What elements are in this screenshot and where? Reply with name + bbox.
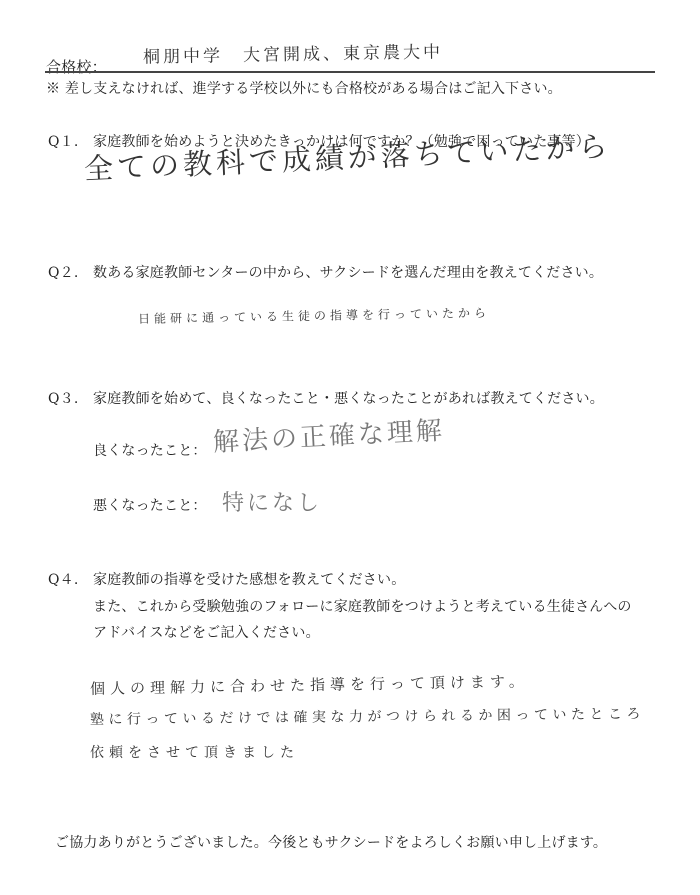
question-1-number: Q１. (48, 131, 79, 151)
question-2-number: Q２. (48, 262, 79, 282)
question-2-handwritten-answer: 日能研に通っている生徒の指導を行っていたから (138, 304, 490, 327)
question-4-text-line: また、これから受験勉強のフォローに家庭教師をつけようと考えている生徒さんへの (93, 596, 632, 616)
question-3-number: Q３. (48, 388, 79, 408)
question-4-handwritten-answer-line: 塾に行っているだけでは確実な力がつけられるか困っていたところ (90, 703, 645, 729)
question-3-bad-handwritten-answer: 特になし (222, 486, 322, 517)
question-3-good-handwritten-answer: 解法の正確な理解 (212, 410, 446, 459)
question-3-good-label: 良くなったこと： (93, 440, 207, 460)
question-3-bad-label: 悪くなったこと： (93, 495, 207, 515)
question-4-handwritten-answer-line: 個人の理解力に合わせた指導を行って頂けます。 (90, 670, 529, 699)
footer-thanks: ご協力ありがとうございました。今後ともサクシードをよろしくお願い申し上げます。 (55, 832, 607, 852)
question-4-number: Q４. (48, 569, 79, 589)
question-3-text: 家庭教師を始めて、良くなったこと・悪くなったことがあれば教えてください。 (93, 388, 604, 408)
school-note: ※ 差し支えなければ、進学する学校以外にも合格校がある場合はご記入下さい。 (46, 78, 562, 98)
schools-handwritten-answer: 桐朋中学 大宮開成、東京農大中 (143, 37, 443, 67)
school-label: 合格校： (46, 56, 107, 77)
question-4-text-line: アドバイスなどをご記入ください。 (93, 622, 320, 642)
question-4-text-line: 家庭教師の指導を受けた感想を教えてください。 (93, 569, 405, 589)
school-answer-underline (45, 71, 655, 73)
question-2-text: 数ある家庭教師センターの中から、サクシードを選んだ理由を教えてください。 (93, 262, 603, 282)
question-4-handwritten-answer-line: 依頼をさせて頂きました (90, 742, 299, 762)
